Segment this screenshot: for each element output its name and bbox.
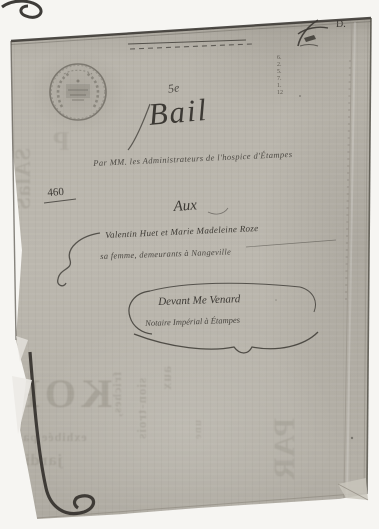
preposition-aux: Aux bbox=[173, 197, 197, 216]
fee-entry: 7. bbox=[277, 76, 283, 83]
registration-fees: 6. 2. 5. 7. 1. 12 bbox=[277, 55, 283, 97]
fee-entry: 2. bbox=[277, 62, 283, 69]
bleedthrough-text: KOR bbox=[6, 370, 112, 417]
document-page: SAlaS P KOR exhibée par jardins, friches… bbox=[0, 0, 379, 529]
paper-texture bbox=[0, 0, 379, 529]
fee-entry: 1. bbox=[277, 83, 283, 90]
bleedthrough-text: sion-trois bbox=[134, 378, 150, 508]
bleedthrough-text: jardins, bbox=[2, 452, 63, 470]
lessee-name-line: Valentin Huet et Marie Madeleine Roze bbox=[105, 223, 259, 240]
bleedthrough-text: une bbox=[192, 420, 204, 480]
notary-title-line: Notaire Impérial à Étampes bbox=[145, 315, 240, 328]
bleedthrough-text: P bbox=[52, 126, 70, 157]
bleedthrough-text: PAR bbox=[268, 418, 302, 528]
folio-letter: D. bbox=[336, 19, 346, 30]
binding-thread-top bbox=[2, 1, 41, 17]
fee-entry: 12 bbox=[277, 90, 283, 97]
document-title: Bail bbox=[147, 92, 210, 133]
lessee-residence-line: sa femme, demeurants à Nangeville bbox=[100, 246, 231, 261]
lessor-line: Par MM. les Administrateurs de l'hospice… bbox=[93, 149, 293, 168]
date-header: 12 Novembre 1806 bbox=[127, 20, 217, 35]
fee-entry: 5. bbox=[277, 69, 283, 76]
bleedthrough-text: exhibée par bbox=[16, 430, 87, 445]
bleedthrough-text: aux bbox=[160, 366, 176, 436]
notary-name-line: Devant Me Venard bbox=[158, 293, 240, 308]
bleedthrough-text: friches, bbox=[110, 372, 125, 492]
bleedthrough-text: SAlaS bbox=[10, 148, 36, 348]
margin-number: 460 bbox=[47, 186, 64, 199]
scanned-document: SAlaS P KOR exhibée par jardins, friches… bbox=[0, 0, 379, 529]
fee-entry: 6. bbox=[277, 55, 283, 62]
